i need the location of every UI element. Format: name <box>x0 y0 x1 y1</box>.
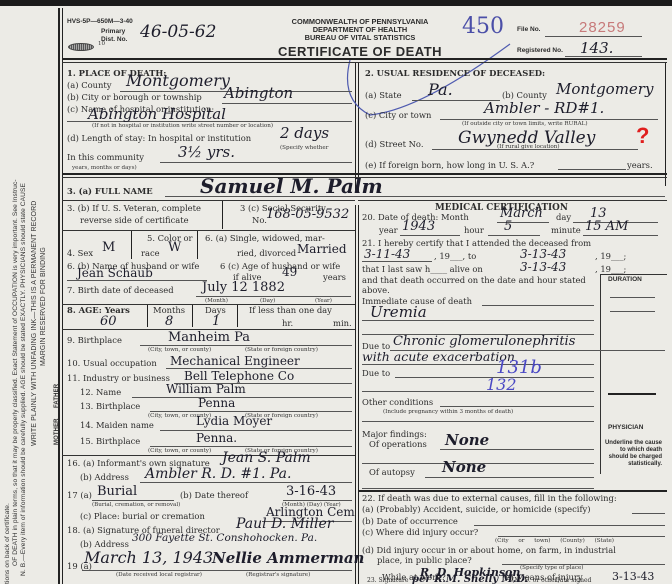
other-line-2 <box>362 421 594 422</box>
death-minute: 15 AM <box>585 219 628 234</box>
marital-status: Married <box>297 242 347 256</box>
operations-label: Of operations <box>369 439 427 449</box>
mother-side-label: MOTHER <box>54 418 60 445</box>
foreign-label: (e) If foreign born, how long in U. S. A… <box>365 160 534 170</box>
veteran-label-2: reverse side of certificate <box>80 215 189 225</box>
stay-label: (d) Length of stay: In hospital or insti… <box>67 133 251 143</box>
margin-line-1: MARGIN RESERVED FOR BINDING <box>40 247 47 366</box>
occupation: Mechanical Engineer <box>170 354 300 368</box>
race-label: race <box>141 248 160 258</box>
community-note: years, months or days) <box>72 165 137 171</box>
form-code: HVS-5P—650M—3-40 <box>67 18 133 25</box>
date-signed: 3-13-43 <box>612 570 654 583</box>
disposition-date-label: (b) Date thereof <box>180 490 248 500</box>
date-signed-label: Date signed <box>555 577 591 584</box>
industry: Bell Telephone Co <box>184 369 294 383</box>
res-city: Ambler - RD#1. <box>484 99 604 117</box>
rule-medical <box>358 200 667 201</box>
duration-label: DURATION <box>608 276 642 283</box>
attended-to: 3-13-43 <box>520 247 566 261</box>
due-to-1-line1: Chronic glomerulonephritis <box>393 334 575 349</box>
res-city-line <box>440 119 658 120</box>
ssn: 168-05-9532 <box>266 207 349 222</box>
father-name: William Palm <box>166 382 246 396</box>
occurred-label-1: and that death occurred on the date and … <box>362 275 586 285</box>
ext-a-label: (a) (Probably) Accident, suicide, or hom… <box>362 504 591 514</box>
ext-c-line <box>498 536 665 537</box>
occurred-label-2: above. <box>362 285 390 295</box>
res-county: Montgomery <box>556 80 653 98</box>
dur-line-1 <box>610 297 655 298</box>
signature-label: 23. Signature <box>367 577 408 584</box>
dur-line-thick <box>608 393 656 395</box>
birthplace: Manheim Pa <box>168 330 250 345</box>
frame-mid-2 <box>358 205 359 584</box>
physician-box-title: PHYSICIAN <box>608 424 643 431</box>
disposition-label: 17 (a) <box>67 490 92 500</box>
primary-label: Primary <box>101 28 125 35</box>
major-findings-label: Major findings: <box>362 429 427 439</box>
age-years: 60 <box>100 314 117 329</box>
industry-label: 11. Industry or business <box>67 373 170 383</box>
handwritten-annotation: 450 <box>462 14 504 39</box>
sex-divider <box>131 231 132 259</box>
rule-external <box>358 490 667 492</box>
physician-address: per R.M. Shelly M.D. <box>412 574 528 584</box>
res-state-label: (a) State <box>365 90 402 100</box>
ext-b-label: (b) Date of occurrence <box>362 516 458 526</box>
ext-c-note: (City or town) (County) (State) <box>495 538 614 544</box>
birthplace-city-note: (City, town, or county) <box>148 347 211 353</box>
nineteen-1: , 19___, to <box>434 251 476 261</box>
full-name-label: 3. (a) FULL NAME <box>67 186 153 196</box>
age-divider-1 <box>147 305 148 327</box>
veteran-label-1: 3. (b) If U. S. Veteran, complete <box>67 203 201 213</box>
marital-label-2: ried, divorced <box>237 248 296 258</box>
informant-signature: Jean S. Palm <box>222 450 311 466</box>
race: W <box>168 240 181 255</box>
birth-date: July 12 1882 <box>202 280 285 295</box>
registered-no: 143. <box>580 39 613 57</box>
county-label: (a) County <box>67 80 112 90</box>
age-divider-3 <box>237 305 238 327</box>
res-city-note: (If outside city or town limits, write R… <box>462 121 588 127</box>
frame-left-1 <box>58 8 60 584</box>
minute-label: minute <box>551 225 581 235</box>
birthplace-label: 9. Birthplace <box>67 335 122 345</box>
spouse-line <box>67 280 207 281</box>
ext-d-label-2: place, in public place? <box>377 555 472 565</box>
death-hour-line <box>488 235 540 236</box>
city-line <box>222 103 352 104</box>
rule-parents <box>62 455 355 456</box>
mother-birthplace-line <box>150 446 352 447</box>
race-divider <box>197 231 198 259</box>
spouse-age-unit: years <box>323 272 346 282</box>
attended-from: 3-11-43 <box>364 247 410 261</box>
rule-ssn <box>62 230 355 231</box>
birthplace-state-note: (State or foreign country) <box>245 347 318 353</box>
ssn-no-label: No. <box>252 215 267 225</box>
sex: M <box>102 240 115 255</box>
death-hour: 5 <box>504 219 512 234</box>
ext-c-label: (c) Where did injury occur? <box>362 527 478 537</box>
informant-address: Ambler R. D. #1. Pa. <box>145 466 291 482</box>
day-label: day <box>556 212 571 222</box>
death-hospital: Abington Hospital <box>88 105 226 123</box>
registered-no-label: Registered No. <box>517 47 563 54</box>
frame-left-2 <box>62 8 63 584</box>
foreign-unit: years. <box>627 160 653 170</box>
father-name-label: 12. Name <box>80 387 121 397</box>
primary-dist-no: 46-05-62 <box>140 22 216 42</box>
autopsy-line-2 <box>362 488 594 489</box>
ext-a-line <box>632 513 665 514</box>
city-label: (b) City or borough or township <box>67 92 202 102</box>
informant-address-label: (b) Address <box>80 472 129 482</box>
death-minute-line <box>583 235 658 236</box>
sex-label: 4. Sex <box>67 248 93 258</box>
nineteen-3: , 19___; <box>595 264 626 274</box>
birth-label: 7. Birth date of deceased <box>67 285 174 295</box>
res-city-label: (c) City or town <box>365 110 431 120</box>
disposition-date-line <box>283 500 352 501</box>
margin-line-4: OF DEATH in plain terms, so that it may … <box>12 179 19 566</box>
margin-line-5: tions on back of certificate. <box>4 503 11 584</box>
seal-superscript: 10 <box>98 41 105 47</box>
full-name: Samuel M. Palm <box>200 174 383 198</box>
attended-from-line <box>362 261 432 262</box>
header-rule-1 <box>62 58 667 60</box>
nineteen-2: , 19___; <box>595 251 626 261</box>
disposition-date: 3-16-43 <box>286 484 336 499</box>
uncertain-marker: ? <box>636 123 649 149</box>
spouse-name: Jean Schaub <box>77 266 153 280</box>
dur-line-2 <box>610 311 655 312</box>
death-year-line <box>400 235 460 236</box>
death-city: Abington <box>224 84 293 102</box>
disposition: Burial <box>97 484 137 499</box>
res-street-note: (If rural give location) <box>497 144 560 150</box>
mother-birthplace: Penna. <box>196 431 237 445</box>
mother-maiden-line <box>160 430 352 431</box>
occupation-label: 10. Usual occupation <box>67 358 157 368</box>
mother-maiden: Lydia Moyer <box>196 414 272 428</box>
last-saw-label: that I last saw h____ alive on <box>362 264 483 274</box>
external-label: 22. If death was due to external causes,… <box>362 493 617 503</box>
age-months: 8 <box>165 314 173 329</box>
rule-name <box>62 200 355 201</box>
immediate-cause: Uremia <box>370 303 427 321</box>
autopsy-label: Of autopsy <box>369 467 415 477</box>
residence-heading: 2. USUAL RESIDENCE OF DECEASED: <box>365 68 545 78</box>
veteran-divider <box>222 201 223 229</box>
header-rule-2 <box>62 62 667 63</box>
age-label: 8. AGE: Years <box>67 305 130 315</box>
due-to-1-line2: with acute exacerbation <box>362 349 515 364</box>
less-day-label: If less than one day <box>249 305 332 315</box>
community-label: In this community <box>67 152 144 162</box>
margin-line-2: WRITE PLAINLY WITH UNFADING INK—THIS IS … <box>31 201 38 446</box>
specify-note: (Specify whether <box>280 145 328 151</box>
father-birthplace: Penna <box>198 396 235 410</box>
hour-label: hour <box>464 225 484 235</box>
funeral-director: Paul D. Miller <box>236 516 333 532</box>
immediate-line-1 <box>482 305 594 306</box>
other-conditions-line <box>440 406 594 407</box>
hospital-note: (If not in hospital or institution write… <box>92 123 273 129</box>
age-divider-2 <box>192 305 193 327</box>
other-conditions-label: Other conditions <box>362 397 433 407</box>
received-date: March 13, 1943 <box>84 548 213 567</box>
death-county: Montgomery <box>126 71 230 90</box>
community-line <box>160 162 352 163</box>
year-label: year <box>379 225 398 235</box>
res-street-label: (d) Street No. <box>365 139 424 149</box>
last-saw: 3-13-43 <box>520 260 566 274</box>
birthplace-line <box>140 345 352 346</box>
father-birthplace-line <box>150 411 352 412</box>
burial-place-label: (c) Place: burial or cremation <box>80 511 205 521</box>
physician-box-text: Underline the cause to which death shoul… <box>604 440 662 468</box>
received-note: (Date received local registrar) <box>116 572 202 578</box>
mother-maiden-label: 14. Maiden name <box>80 420 154 430</box>
director-address: 300 Fayette St. Conshohocken. Pa. <box>132 532 317 544</box>
father-birthplace-label: 13. Birthplace <box>80 401 140 411</box>
file-no-line <box>545 36 642 37</box>
due-to-label-2: Due to <box>362 368 390 378</box>
hr-label: hr. <box>282 318 293 328</box>
file-no: 28259 <box>579 19 626 36</box>
disposition-note: (Burial, cremation, or removal) <box>92 502 180 508</box>
age-days: 1 <box>212 314 220 329</box>
autopsy: None <box>442 458 486 476</box>
due-to-line-4 <box>362 391 594 392</box>
spouse-age-label: 6 (c) Age of husband or wife <box>220 261 340 271</box>
ext-d-label-1: (d) Did injury occur in or about home, o… <box>362 545 616 555</box>
father-side-label: FATHER <box>54 384 60 408</box>
birth-line <box>196 296 351 297</box>
ext-b-line <box>474 525 665 526</box>
file-no-label: File No. <box>517 26 540 33</box>
death-year: 1943 <box>402 219 435 234</box>
code-annotation-2: 132 <box>486 375 517 394</box>
due-to-line-2 <box>362 364 594 365</box>
other-conditions-note: (Include pregnancy within 3 months of de… <box>383 409 513 415</box>
registrar-line <box>82 570 352 571</box>
binding-margin: tions on back of certificate. OF DEATH i… <box>0 6 58 584</box>
margin-line-3: N. B.—Every item of information should b… <box>20 183 27 576</box>
foreign-line <box>558 169 626 170</box>
spouse-age: 49 <box>282 265 297 279</box>
registrar-note: (Registrar's signature) <box>246 572 310 578</box>
operations: None <box>445 431 489 449</box>
seal-icon <box>68 43 94 51</box>
informant-address-line <box>140 482 352 483</box>
stay-hospital: 2 days <box>280 124 329 142</box>
frame-right <box>665 62 666 186</box>
autopsy-line <box>425 477 594 478</box>
res-state: Pa. <box>428 80 453 99</box>
registrar-signature: Nellie Ammerman <box>212 549 364 567</box>
disposition-line <box>92 500 174 501</box>
mother-birthplace-label: 15. Birthplace <box>80 436 140 446</box>
min-label: min. <box>333 318 352 328</box>
stay-community: 3½ yrs. <box>178 143 235 161</box>
frame-mid <box>355 205 356 584</box>
mother-city-note: (City, town, or county) <box>148 448 211 454</box>
father-name-line <box>132 397 352 398</box>
operations-line <box>440 449 594 450</box>
ext-d-note: (Specify type of place) <box>520 565 583 571</box>
